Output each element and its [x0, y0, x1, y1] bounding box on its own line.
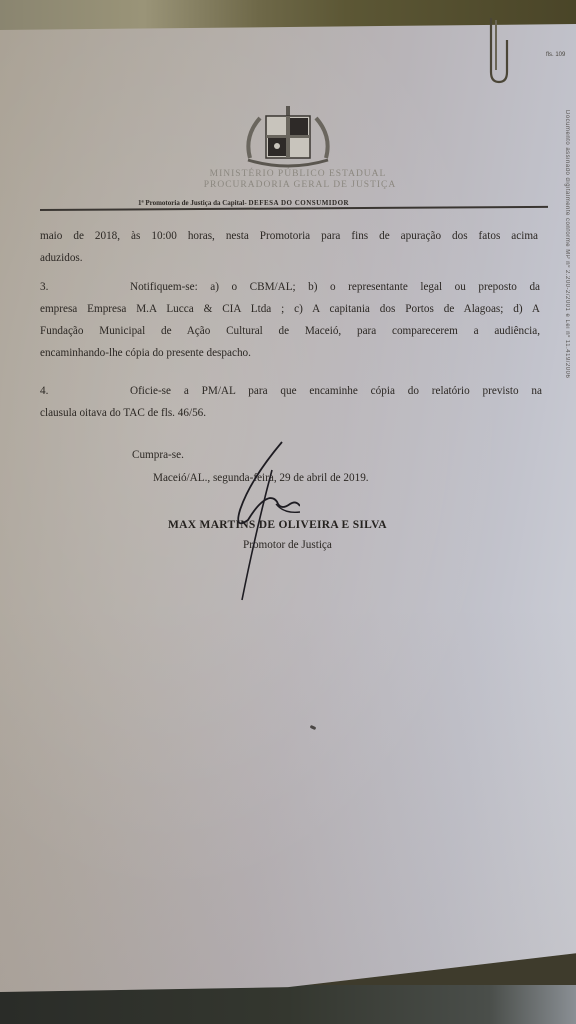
- text-line: Fundação Municipal de Ação Cultural de M…: [40, 320, 540, 342]
- paragraph-number: 3.: [40, 276, 130, 298]
- paragraph-4: 4.Oficie-se a PM/AL para que encaminhe c…: [40, 380, 542, 424]
- paragraph-3: 3.Notifiquem-se: a) o CBM/AL; b) o repre…: [40, 276, 540, 364]
- header-office-prefix: 1ª Promotoria de Justiça da Capital-: [138, 199, 247, 207]
- intro-paragraph: maio de 2018, às 10:00 horas, nesta Prom…: [40, 225, 538, 269]
- header-office: 1ª Promotoria de Justiça da Capital- DEF…: [138, 199, 349, 207]
- header-department: Procuradoria Geral de Justiça: [12, 180, 576, 190]
- table-surface: [0, 985, 576, 1024]
- closing-statement: Cumpra-se.: [132, 449, 184, 461]
- margin-signature-stamp: Documento assinado digitalmente conforme…: [558, 110, 570, 570]
- folio-number: fls. 109: [546, 52, 565, 58]
- paperclip-icon: [488, 14, 510, 86]
- header-office-area: DEFESA DO CONSUMIDOR: [248, 199, 349, 207]
- text-line: aduzidos.: [40, 247, 538, 269]
- header-institution: Ministério Público Estadual: [10, 169, 576, 179]
- handwritten-signature: [220, 440, 300, 605]
- text-line: maio de 2018, às 10:00 horas, nesta Prom…: [40, 225, 538, 247]
- text-line: encaminhando-lhe cópia do presente despa…: [40, 342, 540, 364]
- text-line: 4.Oficie-se a PM/AL para que encaminhe c…: [40, 380, 542, 402]
- paragraph-number: 4.: [40, 380, 130, 402]
- text-line: 3.Notifiquem-se: a) o CBM/AL; b) o repre…: [40, 276, 540, 298]
- text-line: clausula oitava do TAC de fls. 46/56.: [40, 402, 542, 424]
- coat-of-arms-icon: [240, 106, 336, 170]
- text-line: empresa Empresa M.A Lucca & CIA Ltda ; c…: [40, 298, 540, 320]
